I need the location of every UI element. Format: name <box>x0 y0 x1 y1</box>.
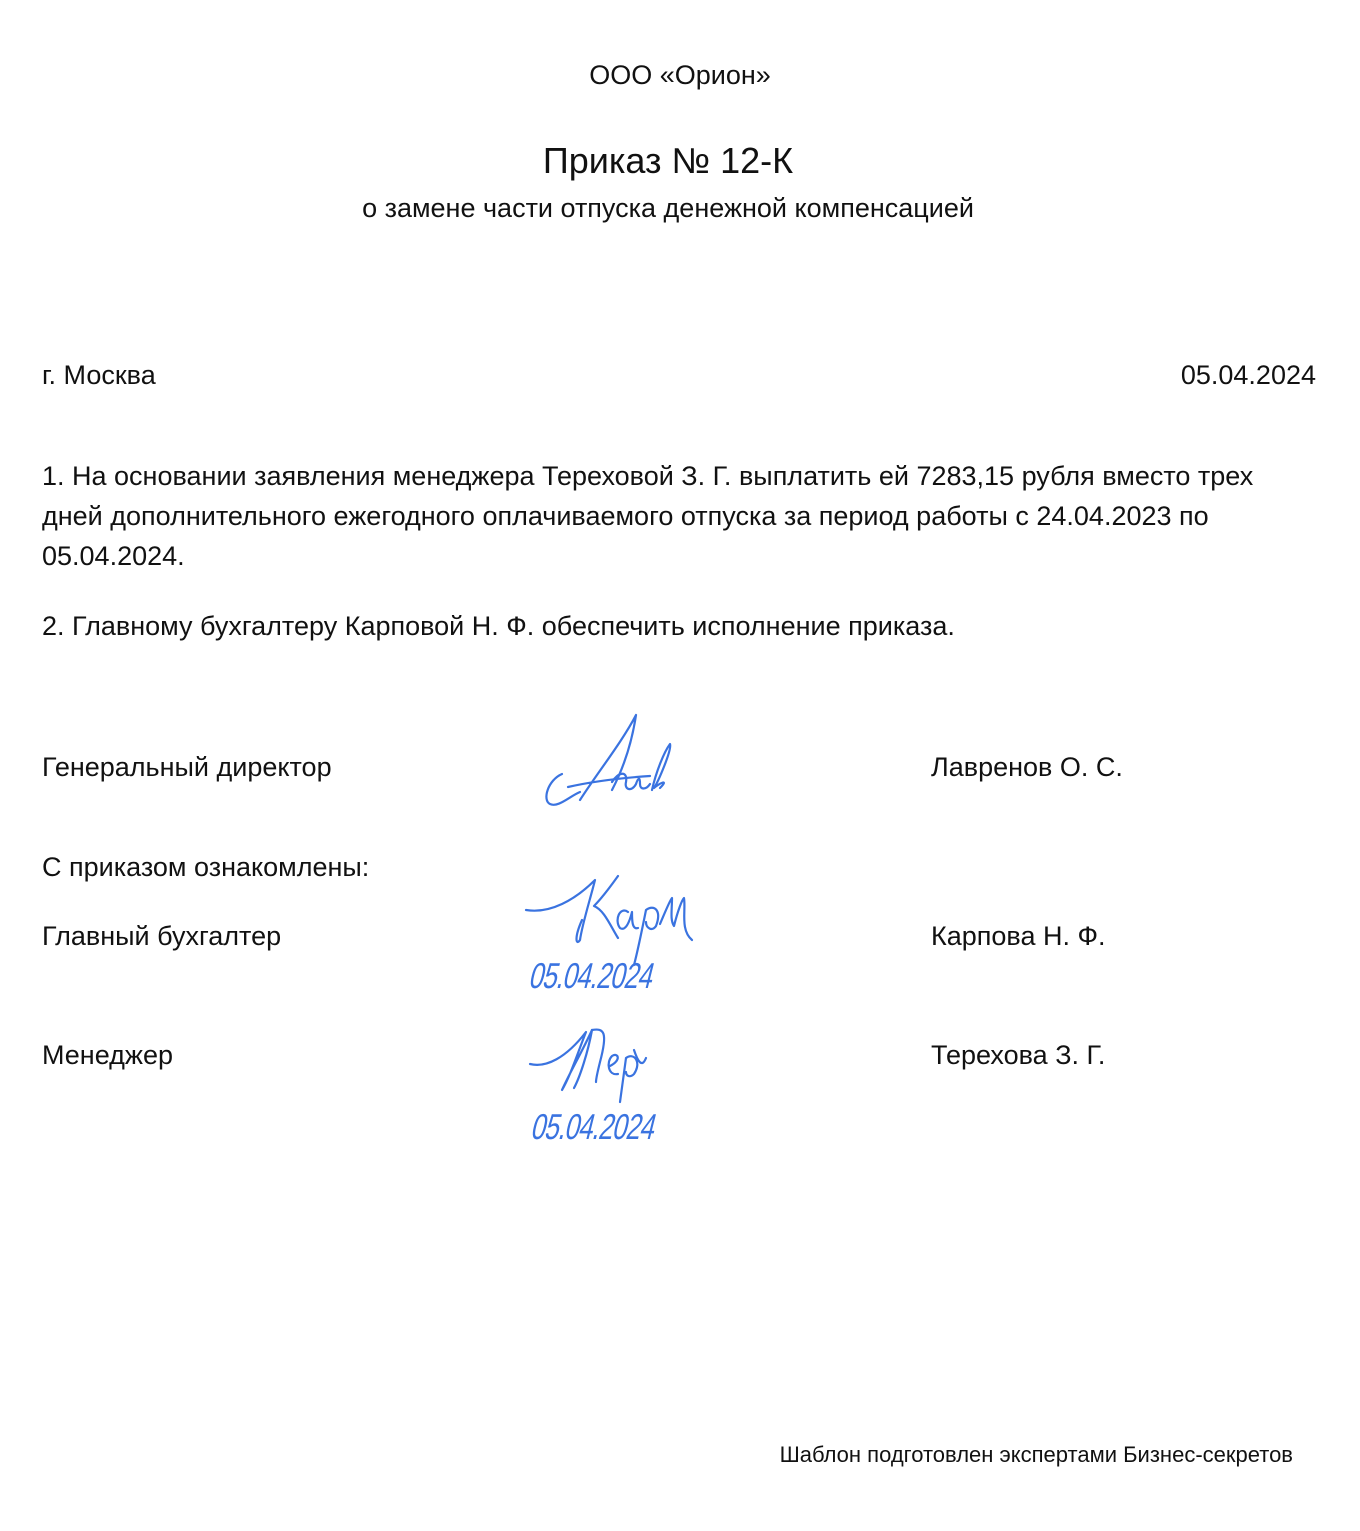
order-subtitle: о замене части отпуска денежной компенса… <box>0 193 1336 224</box>
order-city: г. Москва <box>42 360 156 391</box>
template-credit: Шаблон подготовлен экспертами Бизнес-сек… <box>780 1442 1293 1468</box>
order-date: 05.04.2024 <box>1181 360 1316 391</box>
director-role: Генеральный директор <box>42 752 332 783</box>
director-name: Лавренов О. С. <box>931 752 1123 783</box>
order-paragraph-1: 1. На основании заявления менеджера Тере… <box>42 456 1272 576</box>
order-title: Приказ № 12-К <box>0 140 1336 182</box>
acknowledged-label: С приказом ознакомлены: <box>42 852 369 883</box>
accountant-role: Главный бухгалтер <box>42 921 281 952</box>
manager-signature-date: 05.04.2024 <box>528 1106 661 1148</box>
accountant-signature <box>520 870 690 950</box>
order-paragraph-2: 2. Главному бухгалтеру Карповой Н. Ф. об… <box>42 606 1272 646</box>
director-signature <box>540 712 680 812</box>
accountant-name: Карпова Н. Ф. <box>931 921 1106 952</box>
organization-name: ООО «Орион» <box>0 60 1360 91</box>
manager-signature <box>526 1022 676 1102</box>
manager-role: Менеджер <box>42 1040 173 1071</box>
manager-name: Терехова З. Г. <box>931 1040 1105 1071</box>
accountant-signature-date: 05.04.2024 <box>526 955 659 997</box>
